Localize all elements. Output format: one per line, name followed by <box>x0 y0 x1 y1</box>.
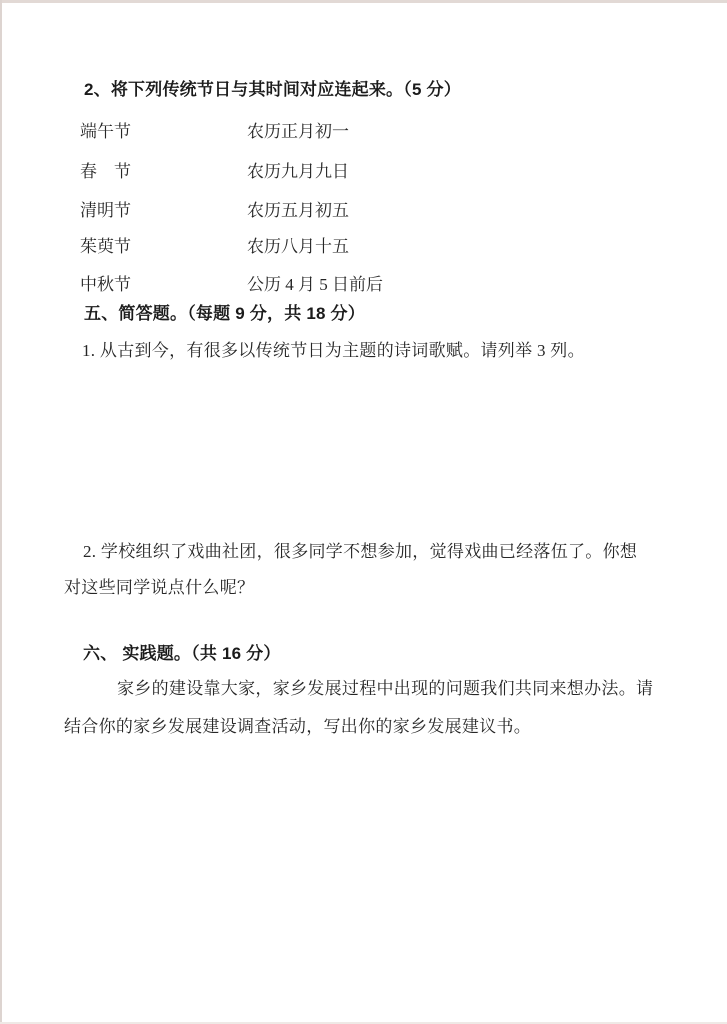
exam-paper-page: 2、将下列传统节日与其时间对应连起来。（5 分） 端午节 农历正月初一 春 节 … <box>0 0 727 1024</box>
festival-name: 清明节 <box>80 196 131 221</box>
festival-name: 中秋节 <box>80 270 131 295</box>
match-row: 端午节 农历正月初一 <box>0 117 727 139</box>
festival-name: 春 节 <box>80 157 131 182</box>
festival-date: 农历九月九日 <box>247 157 349 182</box>
question-2-header: 2、将下列传统节日与其时间对应连起来。（5 分） <box>84 79 461 101</box>
festival-date: 农历五月初五 <box>247 196 349 221</box>
section-5-header: 五、简答题。（每题 9 分，共 18 分） <box>84 303 365 325</box>
festival-name: 茱萸节 <box>80 232 131 257</box>
match-row: 中秋节 公历 4 月 5 日前后 <box>0 270 727 292</box>
match-row: 清明节 农历五月初五 <box>0 196 727 218</box>
festival-name: 端午节 <box>80 117 131 142</box>
match-row: 茱萸节 农历八月十五 <box>0 232 727 254</box>
match-row: 春 节 农历九月九日 <box>0 157 727 179</box>
festival-date: 农历正月初一 <box>247 117 349 142</box>
section-6-body-line-1: 家乡的建设靠大家，家乡发展过程中出现的问题我们共同来想办法。请 <box>117 678 653 700</box>
festival-date: 农历八月十五 <box>247 232 349 257</box>
section-6-body-line-2: 结合你的家乡发展建设调查活动，写出你的家乡发展建议书。 <box>64 716 531 738</box>
section-5-question-2-line-2: 对这些同学说点什么呢？ <box>64 577 254 599</box>
section-6-header: 六、 实践题。（共 16 分） <box>83 643 281 665</box>
page-edge-left <box>0 0 2 1024</box>
page-edge-top <box>0 0 727 3</box>
section-5-question-1: 1. 从古到今，有很多以传统节日为主题的诗词歌赋。请列举 3 列。 <box>82 340 585 362</box>
section-5-question-2-line-1: 2. 学校组织了戏曲社团，很多同学不想参加，觉得戏曲已经落伍了。你想 <box>83 541 637 563</box>
festival-date: 公历 4 月 5 日前后 <box>247 270 383 295</box>
